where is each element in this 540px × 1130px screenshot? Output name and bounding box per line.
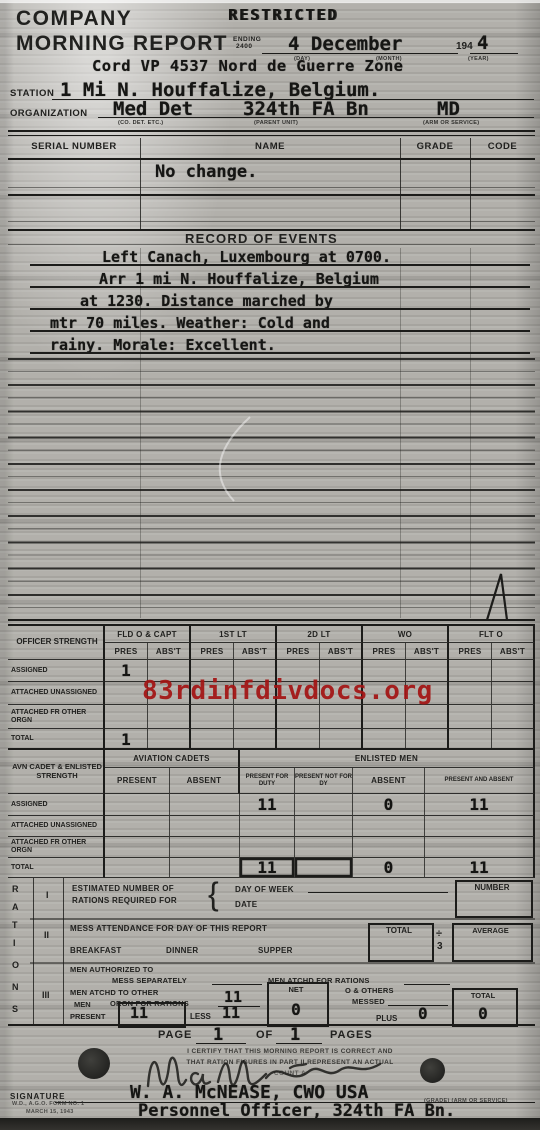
cadet-row-label: ASSIGNED	[8, 794, 105, 816]
officer-subcol: ABS'T	[320, 643, 363, 660]
day-of-week-blank	[308, 880, 448, 893]
breakfast-label: BREAKFAST	[70, 946, 122, 955]
rations-letter: R	[12, 884, 19, 894]
mess-separately-label: MESS SEPARATELY	[112, 976, 187, 985]
form-date: MARCH 15, 1943	[26, 1109, 74, 1115]
rations-letter: S	[12, 1004, 18, 1014]
rations-total-label: TOTAL	[452, 991, 514, 1000]
cadet-group-enlisted: ENLISTED MEN	[240, 750, 535, 768]
men-present-value: 11	[130, 1004, 148, 1022]
date-entry: 4 December	[288, 33, 402, 55]
rations-numeral-3: III	[42, 990, 50, 1000]
rations1-label1: ESTIMATED NUMBER OF	[72, 884, 174, 893]
rule	[30, 962, 535, 964]
cadet-total-pnfd	[295, 858, 353, 878]
cadet-subcol: PRESENT FOR DUTY	[240, 768, 295, 794]
roster-col-code: CODE	[470, 141, 535, 152]
officer-subcol: PRES	[449, 643, 492, 660]
net-value: 0	[267, 1000, 325, 1019]
divisor-three: 3	[437, 941, 443, 952]
morning-report-scan: COMPANY MORNING REPORT RESTRICTED ENDING…	[0, 0, 540, 1130]
roster-entry: No change.	[155, 162, 257, 182]
watermark: 83rdinfdivdocs.org	[142, 676, 433, 706]
officer-subcol: PRES	[363, 643, 406, 660]
rations-letter: I	[13, 938, 16, 948]
rule	[8, 244, 535, 245]
supper-label: SUPPER	[258, 946, 293, 955]
rations-letter: T	[12, 920, 18, 930]
cadet-row-label: TOTAL	[8, 858, 105, 878]
rule	[30, 308, 530, 310]
station-label: STATION	[10, 88, 54, 99]
plus-label: PLUS	[376, 1014, 397, 1023]
pen-mark	[483, 570, 517, 622]
scan-edge-top	[0, 0, 540, 3]
cadet-row-label: ATTACHED UNASSIGNED	[8, 816, 105, 837]
number-box-label: NUMBER	[455, 883, 529, 892]
cadet-assigned-pa: 11	[425, 794, 535, 816]
scan-edge-bottom	[0, 1118, 540, 1130]
form-title-line2: MORNING REPORT	[16, 32, 228, 56]
classification-stamp: RESTRICTED	[228, 6, 338, 24]
cadet-corner-label: AVN CADET & ENLISTED STRENGTH	[8, 750, 105, 794]
atchd-other-label1: MEN ATCHD TO OTHER	[70, 988, 158, 997]
rations-numeral-2: II	[44, 930, 49, 940]
mess-attendance-label: MESS ATTENDANCE FOR DAY OF THIS REPORT	[70, 924, 267, 933]
rations1-label2: RATIONS REQUIRED FOR	[72, 896, 177, 905]
mess-separately-blank	[212, 974, 262, 985]
men-authorized-label: MEN AUTHORIZED TO	[70, 965, 153, 974]
date-label: DATE	[235, 900, 257, 909]
officer-group: 2D LT	[277, 626, 363, 643]
org-parent-sublabel: (PARENT UNIT)	[254, 120, 298, 126]
column-tick	[470, 248, 471, 618]
of-label: OF	[256, 1029, 273, 1041]
ending-time: 2400	[236, 43, 252, 50]
less-label: LESS	[190, 1012, 211, 1021]
cadet-subcol: ABSENT	[170, 768, 240, 794]
rations-section: R A T I O N S I II III ESTIMATED NUMBER …	[0, 878, 540, 1026]
average-label: AVERAGE	[452, 926, 529, 935]
year-entry: 4	[477, 32, 488, 54]
rule	[8, 221, 535, 222]
rule	[8, 194, 535, 196]
cadet-subcol: PRESENT	[105, 768, 170, 794]
officer-row-label: TOTAL	[8, 729, 105, 750]
grade-arm-sublabel: (GRADE) (ARM OR SERVICE)	[424, 1098, 508, 1104]
rations-total-value: 0	[452, 1004, 514, 1023]
others-label2: MESSED	[352, 997, 385, 1006]
rule	[8, 135, 535, 136]
rations-divider	[33, 878, 34, 1025]
officer-subcol: PRES	[105, 643, 148, 660]
cadet-enlisted-table: AVN CADET & ENLISTED STRENGTH AVIATION C…	[8, 748, 535, 878]
form-title-line1: COMPANY	[16, 7, 132, 31]
dinner-label: DINNER	[166, 946, 198, 955]
others-label1: O & OTHERS	[345, 986, 394, 995]
plus-value: 0	[418, 1004, 428, 1023]
divide-sign: ÷	[436, 928, 442, 940]
rule	[8, 130, 535, 132]
cadet-subcol: PRESENT NOT FOR DY	[295, 768, 353, 794]
cadet-row-label: ATTACHED FR OTHER ORGN	[8, 837, 105, 858]
cadet-total-absent: 0	[353, 858, 425, 878]
column-tick	[400, 248, 401, 618]
pages-label: PAGES	[330, 1029, 373, 1041]
cadet-total-pfd: 11	[240, 858, 295, 878]
officer-subcol: ABS'T	[492, 643, 535, 660]
officer-subcol: ABS'T	[234, 643, 277, 660]
rations-letter: A	[12, 902, 19, 912]
org-unit-entry: Med Det	[113, 98, 193, 120]
rule	[8, 619, 535, 621]
coordinates-entry: Cord VP 4537 Nord de Guerre Zone	[92, 57, 403, 75]
officer-group: WO	[363, 626, 449, 643]
punch-hole	[420, 1058, 445, 1083]
officer-row-label: ATTACHED FR OTHER ORGN	[8, 705, 105, 729]
roster-col-grade: GRADE	[400, 141, 470, 152]
officer-row-label: ASSIGNED	[8, 660, 105, 682]
officer-row-label: ATTACHED UNASSIGNED	[8, 682, 105, 705]
organization-label: ORGANIZATION	[10, 108, 87, 119]
cadet-assigned-absent: 0	[353, 794, 425, 816]
org-arm-sublabel: (ARM OR SERVICE)	[423, 120, 479, 126]
present-label: PRESENT	[70, 1012, 105, 1021]
officer-corner-label: OFFICER STRENGTH	[8, 626, 105, 660]
year-sublabel: (YEAR)	[468, 56, 489, 62]
cadet-subcol: ABSENT	[353, 768, 425, 794]
cadet-total-pa: 11	[425, 858, 535, 878]
rule	[8, 158, 535, 160]
ending-label: ENDING	[233, 36, 261, 43]
officer-total-fld-pres: 1	[105, 729, 148, 750]
cadet-subcol: PRESENT AND ABSENT	[425, 768, 535, 794]
org-unit-sublabel: (CO. DET. ETC.)	[118, 120, 163, 126]
men-atchd-rations-blank	[404, 974, 450, 985]
punch-hole	[78, 1048, 110, 1079]
officer-group: FLT O	[449, 626, 535, 643]
form-number: W.D., A.G.O. FORM NO. 1	[12, 1101, 84, 1107]
rations-numeral-1: I	[46, 890, 49, 900]
men-label: MEN	[74, 1000, 91, 1009]
officer-subcol: ABS'T	[406, 643, 449, 660]
net-label: NET	[267, 985, 325, 994]
rations-letter: N	[12, 982, 19, 992]
mess-total-label: TOTAL	[368, 926, 430, 935]
rule	[30, 330, 530, 332]
rule	[30, 352, 530, 354]
org-arm-entry: MD	[437, 98, 460, 120]
officer-subcol: PRES	[191, 643, 234, 660]
column-tick	[140, 248, 141, 618]
pages-underline	[276, 1031, 322, 1044]
rations-letter: O	[12, 960, 19, 970]
brace: {	[208, 876, 219, 913]
page-underline	[196, 1031, 246, 1044]
rule	[30, 918, 535, 920]
blank-ruled-lines	[8, 358, 535, 619]
rule	[30, 264, 530, 266]
page-label: PAGE	[158, 1029, 192, 1041]
cadet-group-aviation: AVIATION CADETS	[105, 750, 240, 768]
officer-group: FLD O & CAPT	[105, 626, 191, 643]
roster-col-name: NAME	[140, 141, 400, 152]
officer-subcol: ABS'T	[148, 643, 191, 660]
rule	[30, 286, 530, 288]
officer-group: 1ST LT	[191, 626, 277, 643]
rations-divider	[63, 878, 64, 1025]
cadet-assigned-pfd: 11	[240, 794, 295, 816]
roster-col-serial: SERIAL NUMBER	[8, 141, 140, 152]
less-value: 11	[222, 1004, 240, 1022]
rule	[8, 187, 535, 188]
org-parent-entry: 324th FA Bn	[243, 98, 369, 120]
officer-subcol: PRES	[277, 643, 320, 660]
rule	[8, 1024, 535, 1026]
scan-scratch	[200, 415, 260, 505]
day-of-week-label: DAY OF WEEK	[235, 885, 294, 894]
